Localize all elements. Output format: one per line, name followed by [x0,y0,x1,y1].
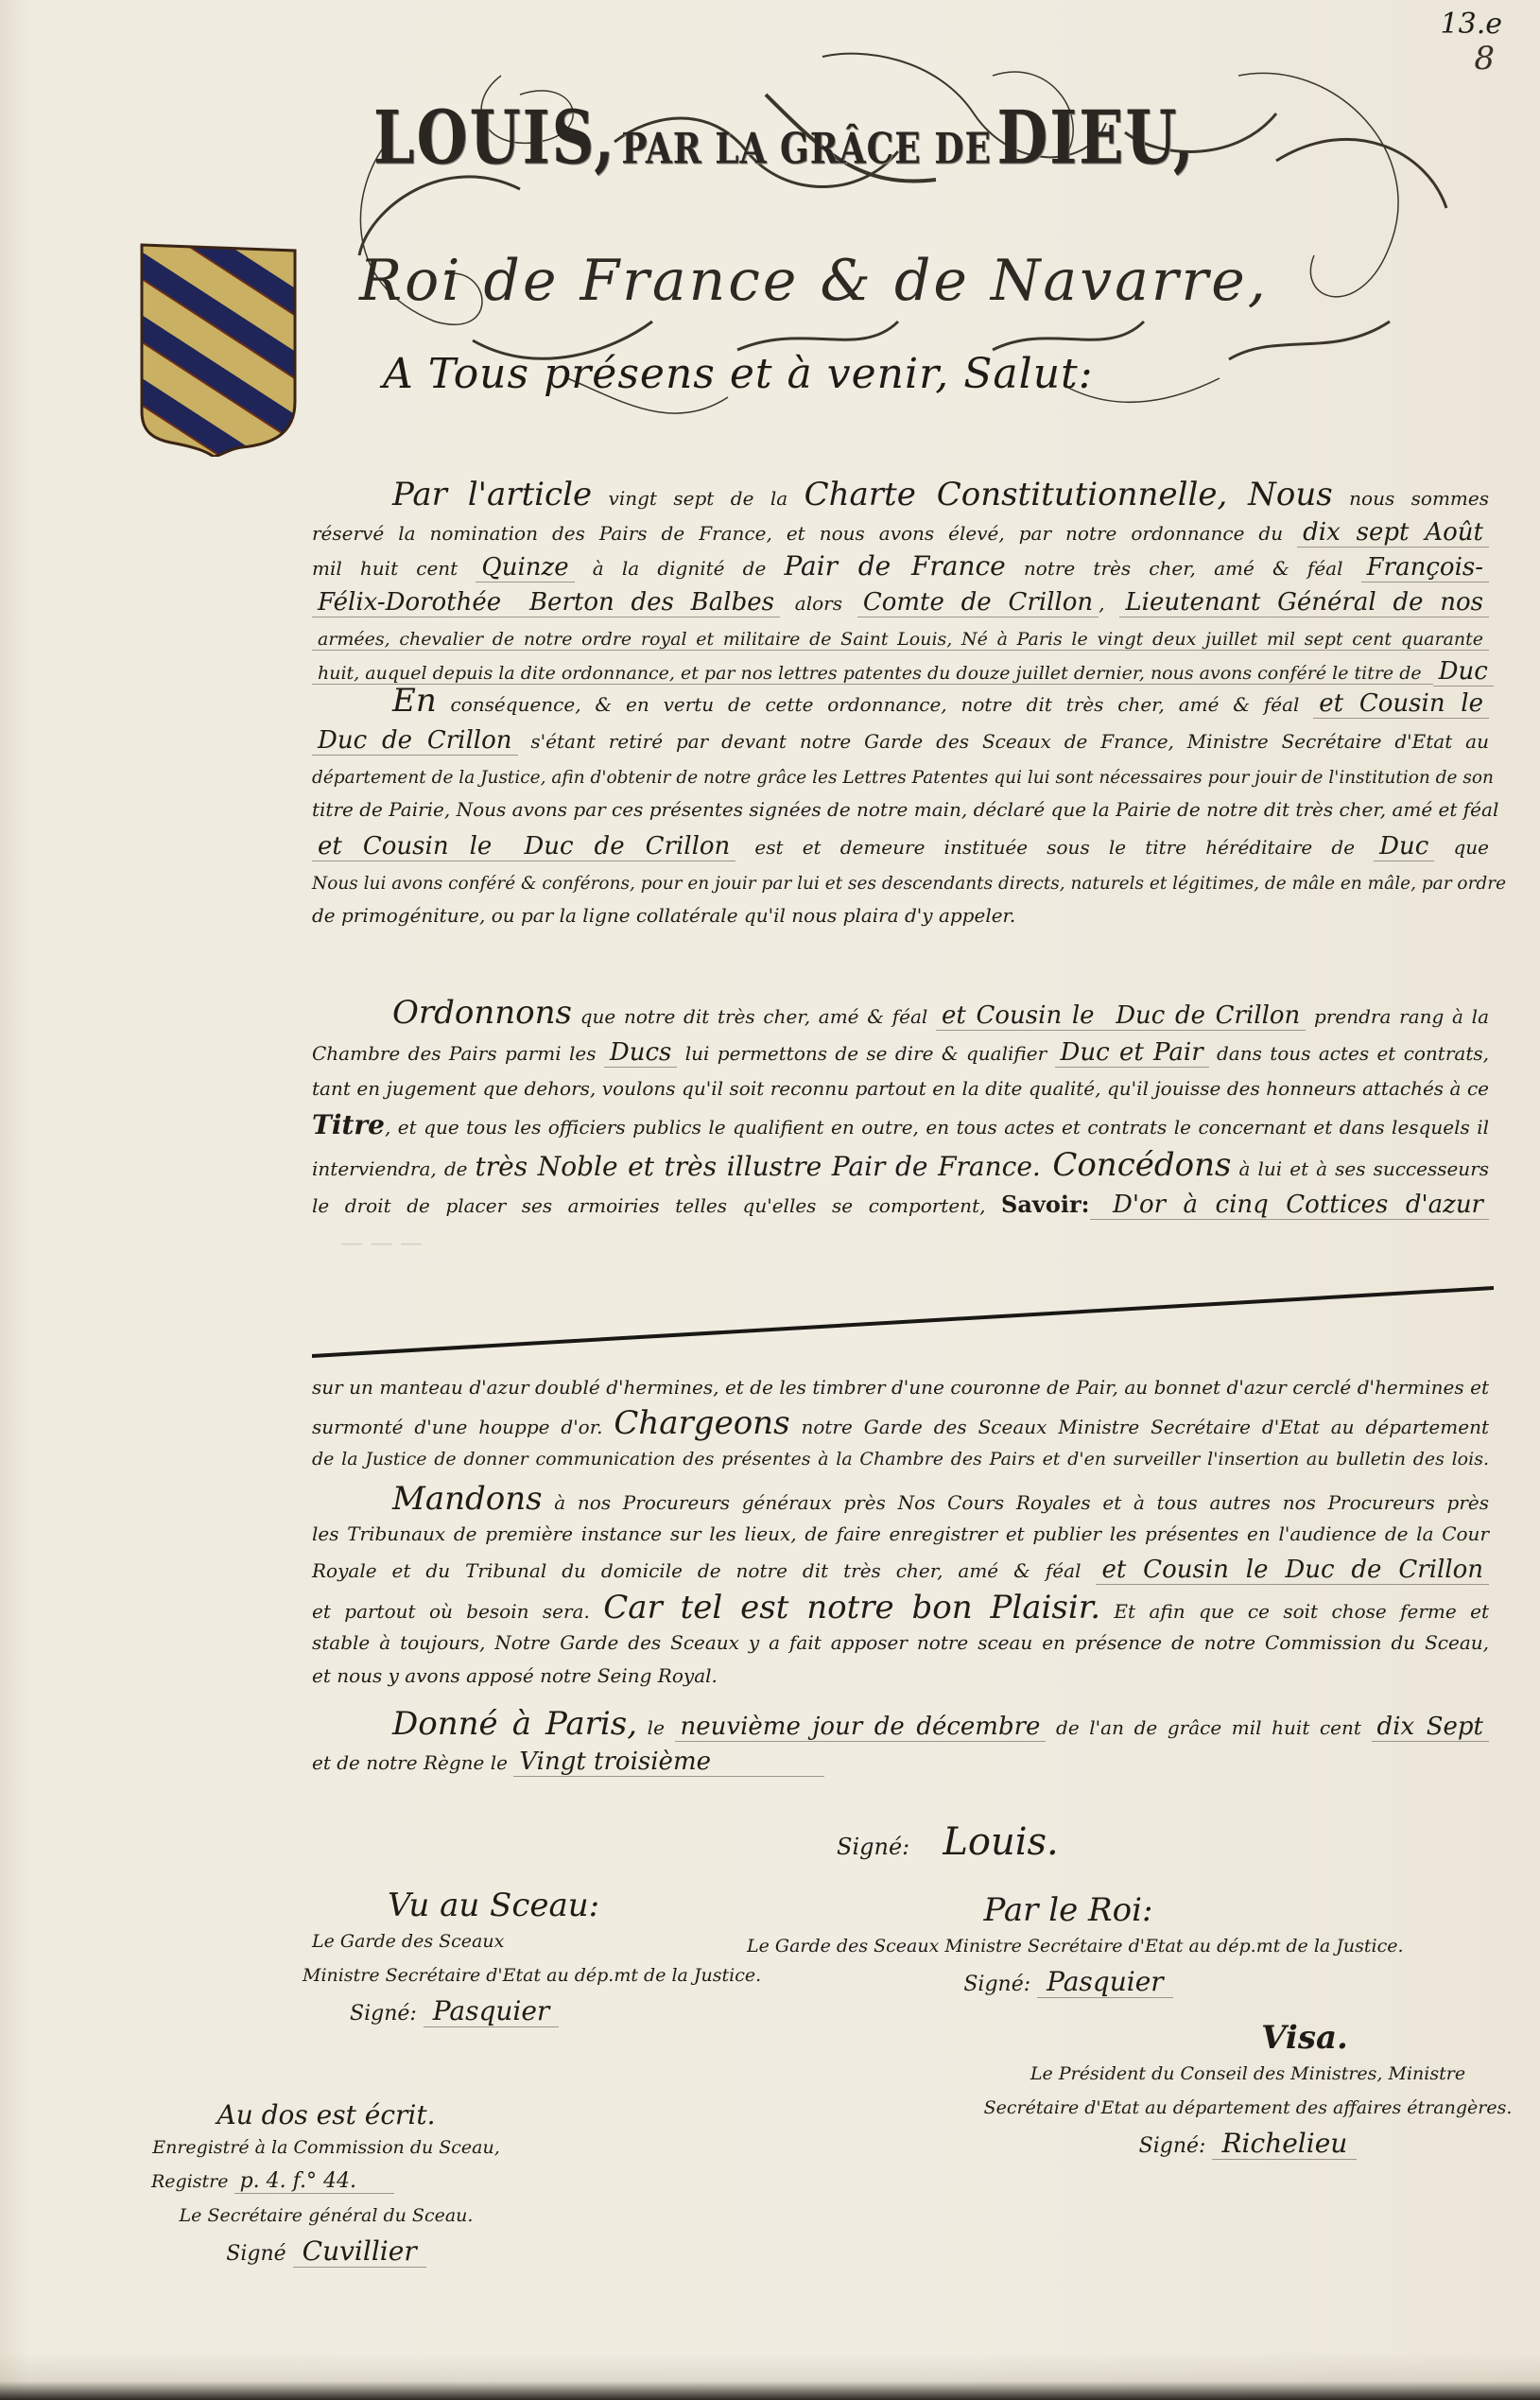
paragraph-consequence: En conséquence, & en vertu de cette ordo… [312,681,1489,932]
office-title: Le Président du Conseil des Ministres, M… [983,2057,1513,2091]
bleed-through-text: — — — [340,1229,423,1256]
coat-of-arms-shield-icon [138,241,299,457]
text-line: Ordonnons que notre dit très cher, amé &… [312,993,1489,1033]
royal-style: Roi de France & de Navarre, [359,248,1269,314]
paragraph-ordonnons: Ordonnons que notre dit très cher, amé &… [312,993,1489,1225]
blazon-divider-stroke [312,1284,1494,1360]
text-line: Chambre des Pairs parmi les Ducs lui per… [312,1033,1489,1072]
signature-line: Signé Cuvillier [104,2233,548,2273]
text-line: titre de Pairie, Nous avons par ces prés… [312,793,1489,826]
vu-au-sceau-block: Vu au Sceau: Le Garde des Sceaux Ministr… [303,1887,737,2033]
signatory-name: Louis. [943,1820,1058,1864]
text-line: département de la Justice, afin d'obteni… [312,760,1489,793]
office-title: Le Secrétaire général du Sceau. [104,2199,548,2233]
text-line: Félix-Dorothée Berton des Balbes alors C… [312,583,1489,622]
par-le-roi-block: Par le Roi: Le Garde des Sceaux Ministre… [747,1891,1390,2004]
visa-block: Visa. Le Président du Conseil des Minist… [983,2019,1513,2165]
signature-line: Signé: Pasquier [303,1992,737,2033]
text-line: Mandons à nos Procureurs généraux près N… [312,1480,1489,1518]
au-dos-block: Au dos est écrit. Enregistré à la Commis… [104,2099,548,2273]
registration-line: Enregistré à la Commission du Sceau, [104,2130,548,2165]
document-title: LOUIS, PAR LA GRÂCE DE DIEU, [373,95,1195,181]
title-dieu: DIEU, [996,95,1195,181]
text-line: Titre, et que tous les officiers publics… [312,1105,1489,1145]
text-line: Par l'article vingt sept de la Charte Co… [312,473,1489,516]
king-signature: Signé: Louis. [837,1820,1059,1864]
text-line: et de notre Règne le Vingt troisième [312,1746,1489,1779]
vu-au-sceau-heading: Vu au Sceau: [303,1887,737,1924]
text-line: interviendra, de très Noble et très illu… [312,1145,1489,1185]
visa-heading: Visa. [983,2019,1513,2057]
paragraph-donne: Donné à Paris, le neuvième jour de décem… [312,1702,1489,1779]
text-line: tant en jugement que dehors, voulons qu'… [312,1072,1489,1105]
letters-patent-page: 13.e 8 LOUIS, PAR LA GRÂCE DE DIEU, Roi … [0,0,1540,2400]
text-line: mil huit cent Quinze à la dignité de Pai… [312,549,1489,583]
office-title: Le Garde des Sceaux Ministre Secrétaire … [747,1929,1390,1963]
office-title: Ministre Secrétaire d'Etat au dép.mt de … [303,1958,737,1992]
salutation: A Tous présens et à venir, Salut: [383,350,1094,398]
paragraph-charter: Par l'article vingt sept de la Charte Co… [312,473,1489,688]
text-line: sur un manteau d'azur doublé d'hermines,… [312,1371,1489,1404]
text-line: de la Justice de donner communication de… [312,1442,1489,1475]
signe-label: Signé: [837,1834,909,1860]
text-line: Royale et du Tribunal du domicile de not… [312,1551,1489,1589]
text-line: et partout où besoin sera. Car tel est n… [312,1589,1489,1626]
signature-line: Signé: Richelieu [983,2125,1513,2165]
text-line: armées, chevalier de notre ordre royal e… [312,622,1489,655]
text-line: surmonté d'une houppe d'or. Chargeons no… [312,1404,1489,1442]
text-line: les Tribunaux de première instance sur l… [312,1518,1489,1551]
par-le-roi-heading: Par le Roi: [747,1891,1390,1929]
text-line: stable à toujours, Notre Garde des Sceau… [312,1626,1489,1660]
au-dos-heading: Au dos est écrit. [104,2099,548,2130]
paragraph-mandons: Mandons à nos Procureurs généraux près N… [312,1480,1489,1693]
registre-line: Registre p. 4. f.° 44. [104,2165,548,2199]
text-line: et Cousin le Duc de Crillon est et demeu… [312,826,1489,866]
text-line: le droit de placer ses armoiries telles … [312,1185,1489,1225]
text-line: Duc de Crillon s'étant retiré par devant… [312,721,1489,760]
paragraph-mantle: sur un manteau d'azur doublé d'hermines,… [312,1371,1489,1475]
text-line: réservé la nomination des Pairs de Franc… [312,516,1489,549]
text-line: et nous y avons apposé notre Seing Royal… [312,1660,1489,1693]
title-louis: LOUIS, [373,95,616,181]
title-par-la-grace: PAR LA GRÂCE DE [621,124,992,174]
office-title: Le Garde des Sceaux [303,1924,737,1958]
folio-number: 13.e 8 [1441,8,1502,76]
text-line: En conséquence, & en vertu de cette ordo… [312,681,1489,721]
text-line: de primogéniture, ou par la ligne collat… [312,899,1489,932]
folio-page-number: 13.e [1441,8,1502,42]
text-line: Nous lui avons conféré & conférons, pour… [312,866,1489,899]
folio-mark: 8 [1441,42,1495,76]
office-title: Secrétaire d'Etat au département des aff… [983,2091,1513,2125]
text-line: Donné à Paris, le neuvième jour de décem… [312,1702,1489,1746]
signature-line: Signé: Pasquier [747,1963,1390,2004]
